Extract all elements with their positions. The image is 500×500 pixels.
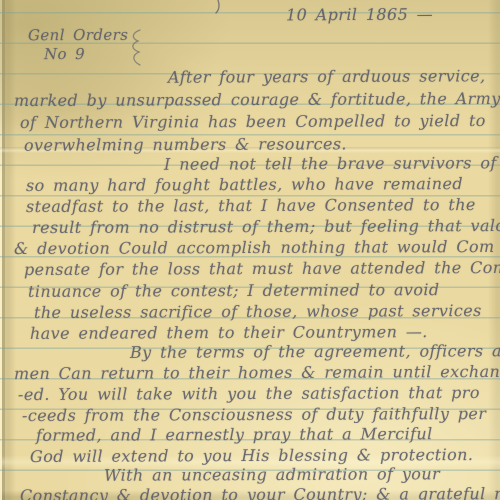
docket-number: No 9 bbox=[44, 45, 85, 63]
handwritten-line: -ed. You will take with you the satisfac… bbox=[18, 384, 480, 404]
handwritten-line: the useless sacrifice of those, whose pa… bbox=[34, 302, 482, 322]
handwritten-line: result from no distrust of them; but fee… bbox=[32, 217, 500, 237]
handwritten-line: I need not tell the brave survivors of bbox=[164, 154, 497, 173]
manuscript-page: 10 April 1865 — Genl Orders No 9 After f… bbox=[0, 0, 500, 500]
handwritten-line: steadfast to the last, that I have Conse… bbox=[26, 196, 476, 216]
handwritten-line: With an unceasing admiration of your bbox=[104, 465, 440, 484]
handwritten-line: By the terms of the agreement, officers … bbox=[130, 342, 500, 362]
handwritten-line: -ceeds from the Consciousness of duty fa… bbox=[22, 405, 486, 425]
docket-brace-mark bbox=[126, 28, 146, 68]
date-line: 10 April 1865 — bbox=[286, 6, 433, 25]
handwritten-line: God will extend to you His blessing & pr… bbox=[30, 446, 473, 466]
pen-stroke-fragment bbox=[208, 0, 232, 14]
handwritten-line: After four years of arduous service, bbox=[168, 67, 486, 86]
handwritten-line: have endeared them to their Countrymen —… bbox=[30, 323, 428, 343]
handwritten-line: formed, and I earnestly pray that a Merc… bbox=[36, 425, 433, 445]
handwritten-line: so many hard fought battles, who have re… bbox=[26, 175, 463, 195]
handwritten-line: Constancy & devotion to your Country; & … bbox=[20, 485, 500, 500]
handwritten-line: & devotion Could accomplish nothing that… bbox=[14, 238, 495, 258]
handwritten-line: marked by unsurpassed courage & fortitud… bbox=[14, 90, 500, 110]
handwritten-line: overwhelming numbers & resources. bbox=[24, 135, 347, 154]
handwritten-line: tinuance of the contest; I determined to… bbox=[28, 281, 440, 301]
handwritten-line: of Northern Virginia has been Compelled … bbox=[20, 112, 486, 132]
handwritten-line: men Can return to their homes & remain u… bbox=[14, 363, 500, 383]
handwritten-line: pensate for the loss that must have atte… bbox=[24, 259, 500, 279]
docket-general-orders: Genl Orders bbox=[28, 26, 128, 44]
